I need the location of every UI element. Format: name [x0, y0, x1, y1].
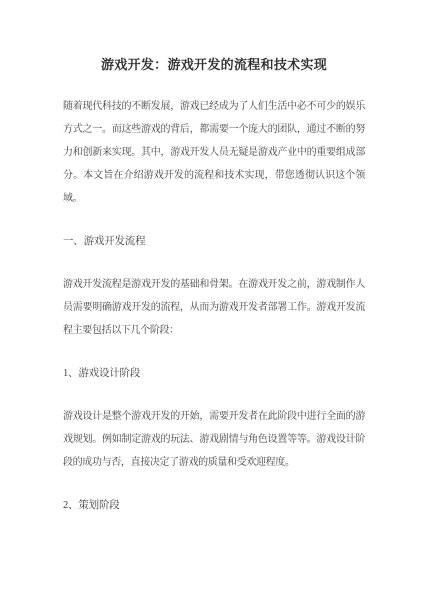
section-heading-planning-stage: 2、策划阶段: [63, 494, 365, 517]
paragraph-design-stage: 游戏设计是整个游戏开发的开始，需要开发者在此阶段中进行全面的游戏规划。例如制定游…: [63, 405, 365, 474]
section-heading-development-process: 一、游戏开发流程: [63, 230, 365, 253]
document-title: 游戏开发：游戏开发的流程和技术实现: [63, 55, 365, 75]
paragraph-intro: 随着现代科技的不断发展，游戏已经成为了人们生活中必不可少的娱乐方式之一。而这些游…: [63, 95, 365, 210]
document-page: 游戏开发：游戏开发的流程和技术实现 随着现代科技的不断发展，游戏已经成为了人们生…: [0, 0, 424, 600]
section-heading-design-stage: 1、游戏设计阶段: [63, 362, 365, 385]
paragraph-process-overview: 游戏开发流程是游戏开发的基础和骨架。在游戏开发之前，游戏制作人员需要明确游戏开发…: [63, 273, 365, 342]
